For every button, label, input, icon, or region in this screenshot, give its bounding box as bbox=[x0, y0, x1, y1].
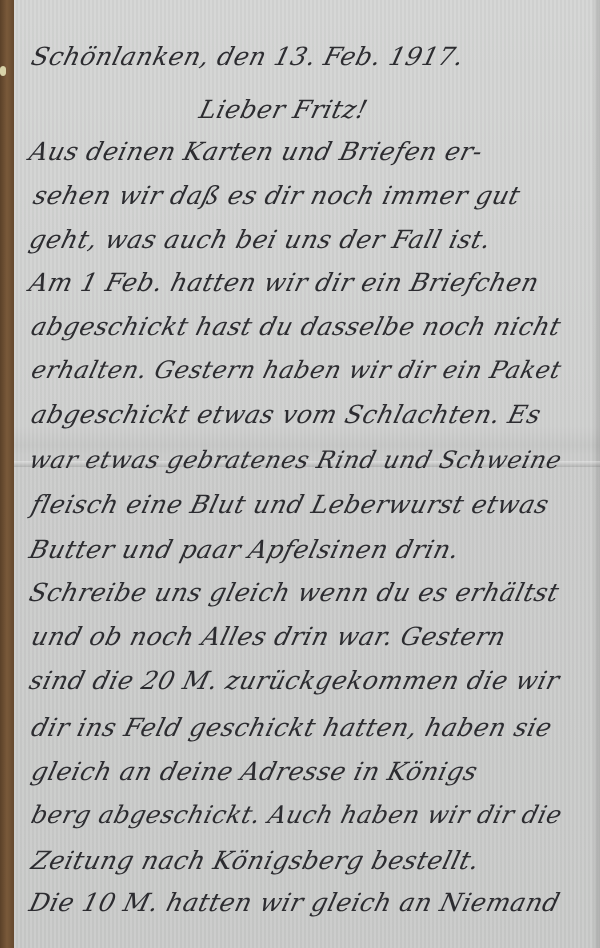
letter-line: abgeschickt hast du dasselbe noch nicht bbox=[28, 312, 564, 341]
letter-line: und ob noch Alles drin war. Gestern bbox=[28, 622, 509, 651]
letter-line: Butter und paar Apfelsinen drin. bbox=[26, 535, 462, 564]
wooden-surface bbox=[0, 0, 14, 948]
letter-line: dir ins Feld geschickt hatten, haben sie bbox=[28, 713, 555, 742]
letter-line: berg abgeschickt. Auch haben wir dir die bbox=[28, 800, 565, 829]
pin-head bbox=[0, 66, 6, 76]
salutation: Lieber Fritz! bbox=[196, 95, 370, 124]
letter-line: geht, was auch bei uns der Fall ist. bbox=[26, 225, 494, 254]
letter-line: Schreibe uns gleich wenn du es erhältst bbox=[26, 578, 562, 607]
place-date-line: Schönlanken, den 13. Feb. 1917. bbox=[28, 42, 467, 71]
letter-line: fleisch eine Blut und Leberwurst etwas bbox=[28, 490, 552, 519]
letter-line: sind die 20 M. zurückgekommen die wir bbox=[26, 666, 562, 695]
letter-line: Zeitung nach Königsberg bestellt. bbox=[28, 846, 482, 875]
letter-line: war etwas gebratenes Rind und Schweine bbox=[27, 446, 565, 474]
letter-line: Aus deinen Karten und Briefen er- bbox=[26, 137, 485, 166]
page-edge-shadow bbox=[592, 0, 600, 948]
letter-line: Die 10 M. hatten wir gleich an Niemand bbox=[26, 888, 563, 917]
letter-line: erhalten. Gestern haben wir dir ein Pake… bbox=[29, 356, 565, 384]
letter-line: abgeschickt etwas vom Schlachten. Es bbox=[28, 400, 544, 429]
letter-line: gleich an deine Adresse in Königs bbox=[28, 757, 480, 786]
letter-line: Am 1 Feb. hatten wir dir ein Briefchen bbox=[26, 268, 542, 297]
letter-line: sehen wir daß es dir noch immer gut bbox=[30, 181, 523, 210]
